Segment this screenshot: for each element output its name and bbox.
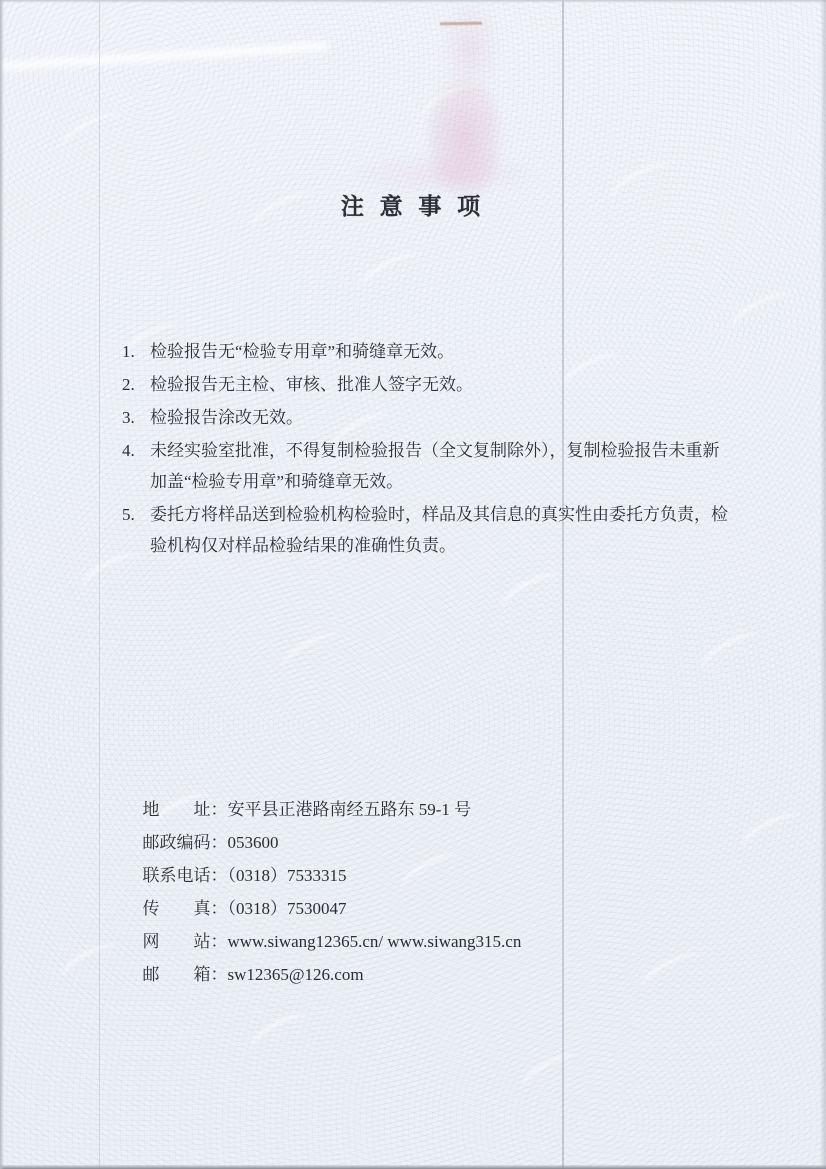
contact-label: 传 真：: [143, 899, 228, 918]
watermark-mark: [516, 1047, 590, 1099]
watermark-mark: [246, 1007, 320, 1059]
watermark-mark: [356, 247, 430, 299]
contact-row-address: 地 址：安平县正港路南经五路东 59-1 号: [117, 760, 521, 793]
contact-label: 联系电话：: [143, 866, 228, 885]
notice-item-number: 4.: [122, 435, 150, 497]
watermark-mark: [736, 807, 810, 859]
notice-list: 1. 检验报告无“检验专用章”和骑缝章无效。 2. 检验报告无主检、审核、批准人…: [122, 336, 734, 563]
scan-edge-top: [0, 0, 826, 3]
notice-item: 2. 检验报告无主检、审核、批准人签字无效。: [122, 369, 734, 400]
notice-item-text: 未经实验室批准，不得复制检验报告（全文复制除外），复制检验报告未重新加盖“检验专…: [150, 435, 728, 497]
contact-label: 网 站：: [143, 932, 228, 951]
watermark-mark: [696, 627, 770, 679]
watermark-mark: [56, 107, 130, 159]
watermark-mark: [726, 287, 800, 339]
paper-crease: [0, 42, 328, 72]
notice-item-number: 1.: [122, 336, 150, 367]
contact-label: 地 址：: [143, 800, 228, 819]
contact-value: 053600: [228, 833, 279, 852]
scan-edge-right: [820, 0, 826, 1169]
scan-edge-left: [0, 0, 4, 1169]
notice-item: 1. 检验报告无“检验专用章”和骑缝章无效。: [122, 336, 734, 367]
contact-label: 邮政编码：: [143, 833, 228, 852]
notice-item-number: 5.: [122, 499, 150, 561]
notice-item: 4. 未经实验室批准，不得复制检验报告（全文复制除外），复制检验报告未重新加盖“…: [122, 435, 734, 497]
contact-value: （0318）7533315: [228, 866, 347, 885]
contact-value: （0318）7530047: [228, 899, 347, 918]
notice-item: 3. 检验报告涂改无效。: [122, 402, 734, 433]
page-title: 注 意 事 项: [0, 188, 826, 221]
contact-value: sw12365@126.com: [228, 965, 364, 984]
watermark-mark: [496, 567, 570, 619]
scanned-notice-page: 注 意 事 项 1. 检验报告无“检验专用章”和骑缝章无效。 2. 检验报告无主…: [0, 0, 826, 1169]
stamp-bleed-stain: [356, 158, 532, 190]
contact-value: www.siwang12365.cn/ www.siwang315.cn: [228, 932, 522, 951]
watermark-mark: [636, 947, 710, 999]
contact-block: 地 址：安平县正港路南经五路东 59-1 号 邮政编码：053600 联系电话：…: [117, 760, 521, 958]
notice-item-number: 2.: [122, 369, 150, 400]
notice-item-text: 委托方将样品送到检验机构检验时，样品及其信息的真实性由委托方负责，检验机构仅对样…: [150, 499, 728, 561]
fold-line-left: [99, 0, 100, 1169]
contact-label: 邮 箱：: [143, 965, 228, 984]
notice-item-text: 检验报告涂改无效。: [150, 402, 728, 433]
notice-item-text: 检验报告无主检、审核、批准人签字无效。: [150, 369, 728, 400]
watermark-mark: [276, 627, 350, 679]
fold-line-right: [562, 0, 564, 1169]
scan-edge-bottom: [0, 1165, 826, 1169]
notice-item-text: 检验报告无“检验专用章”和骑缝章无效。: [150, 336, 728, 367]
notice-item: 5. 委托方将样品送到检验机构检验时，样品及其信息的真实性由委托方负责，检验机构…: [122, 499, 734, 561]
stamp-bleed-stain: [444, 4, 496, 90]
contact-value: 安平县正港路南经五路东 59-1 号: [228, 800, 472, 819]
notice-item-number: 3.: [122, 402, 150, 433]
